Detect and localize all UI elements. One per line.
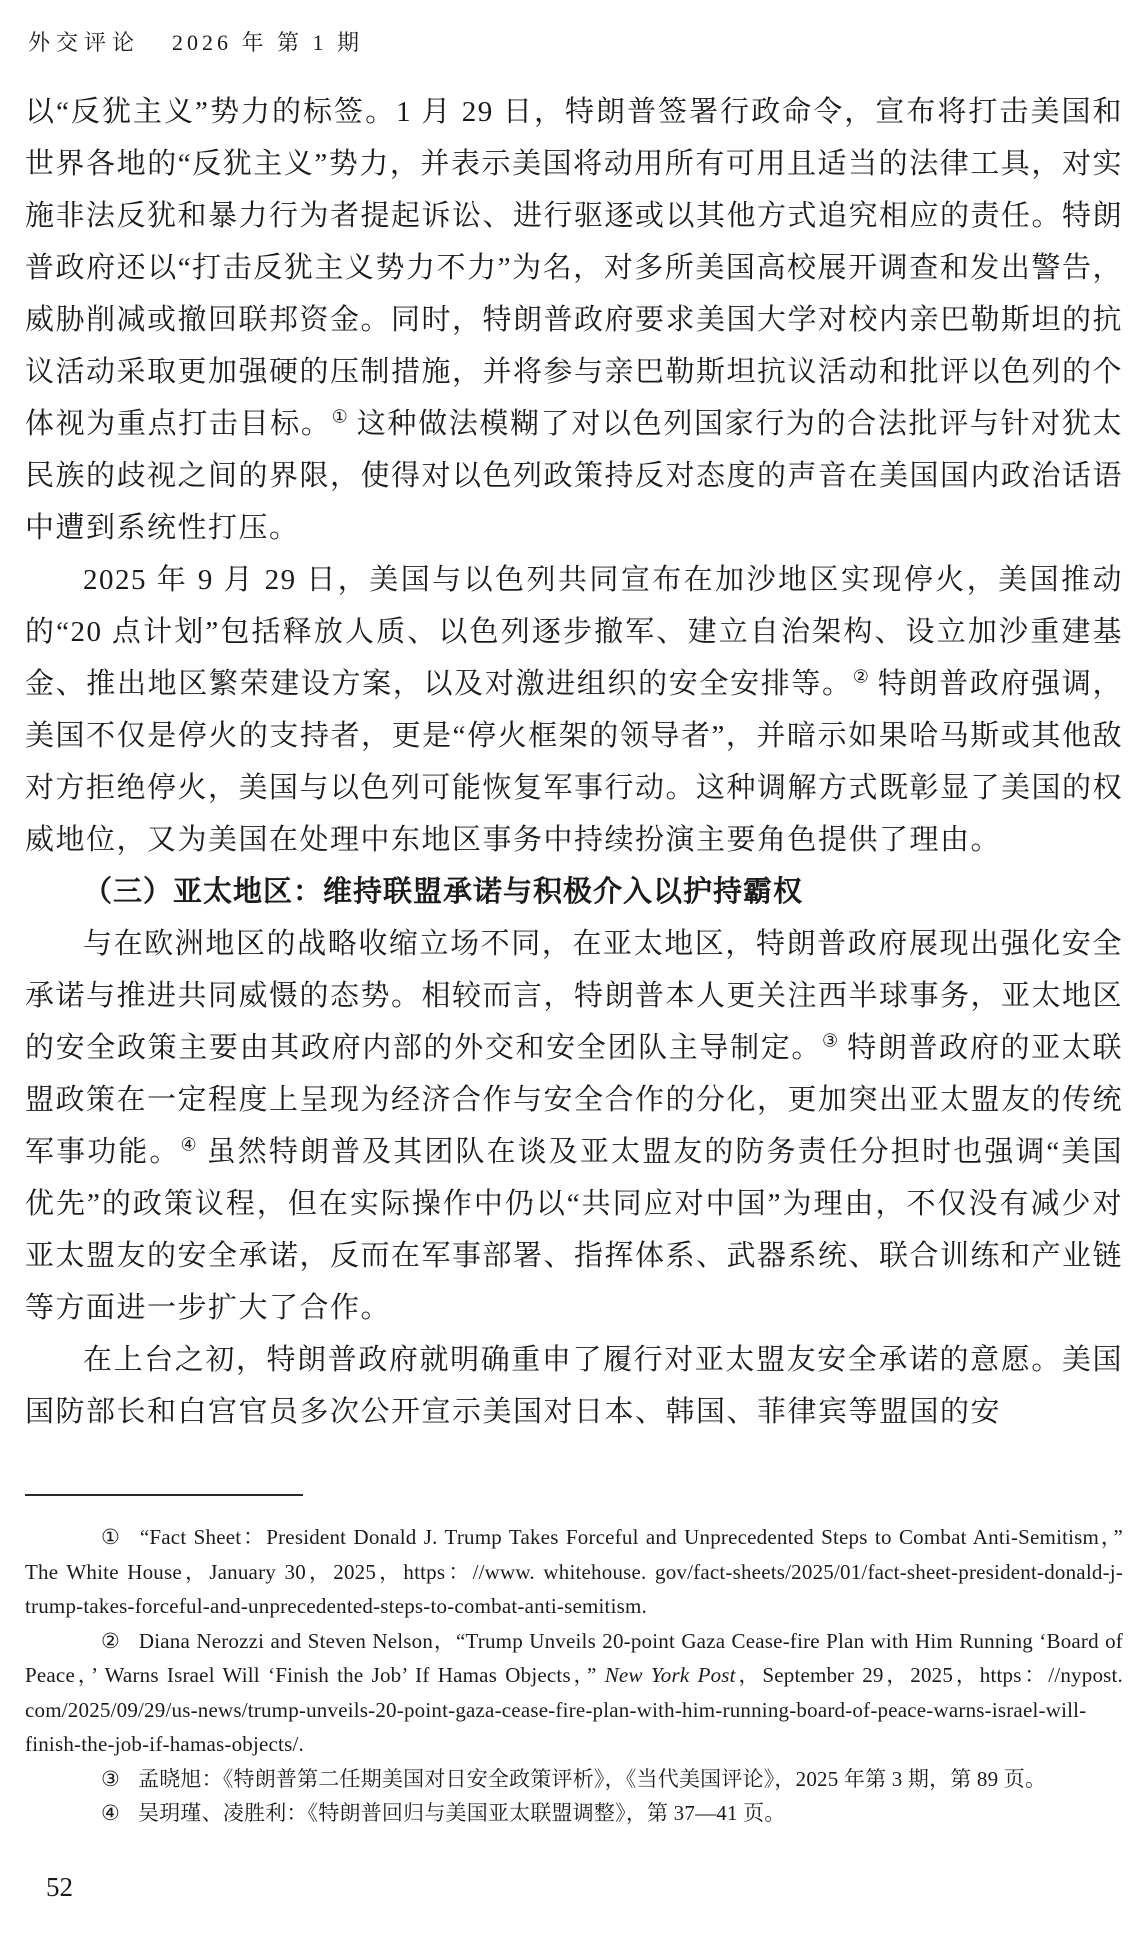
footnote-ref-2: ② xyxy=(853,666,869,686)
footnote-2: ②Diana Nerozzi and Steven Nelson，“Trump … xyxy=(25,1624,1123,1762)
footnote-1: ①“Fact Sheet：President Donald J. Trump T… xyxy=(25,1520,1123,1624)
footnote-2-source-title: New York Post xyxy=(605,1663,736,1687)
journal-name: 外交评论 xyxy=(28,30,140,55)
paragraph-2: 2025 年 9 月 29 日，美国与以色列共同宣布在加沙地区实现停火，美国推动… xyxy=(25,554,1123,866)
paragraph-3-text-cont2: 虽然特朗普及其团队在谈及亚太盟友的防务责任分担时也强调“美国优先”的政策议程，但… xyxy=(25,1136,1123,1324)
article-body: 以“反犹主义”势力的标签。1 月 29 日，特朗普签署行政命令，宣布将打击美国和… xyxy=(25,86,1123,1496)
footnote-3-text: 孟晓旭：《特朗普第二任期美国对日安全政策评析》，《当代美国评论》，2025 年第… xyxy=(138,1767,1046,1791)
journal-page: 外交评论2026 年 第 1 期 以“反犹主义”势力的标签。1 月 29 日，特… xyxy=(0,0,1147,1958)
footnote-2-marker: ② xyxy=(101,1629,121,1653)
footnote-ref-1: ① xyxy=(332,406,348,426)
paragraph-3: 与在欧洲地区的战略收缩立场不同，在亚太地区，特朗普政府展现出强化安全承诺与推进共… xyxy=(25,918,1123,1334)
footnote-4-text: 吴玥瑾、凌胜利：《特朗普回归与美国亚太联盟调整》，第 37—41 页。 xyxy=(138,1801,786,1825)
footnotes-section: ①“Fact Sheet：President Donald J. Trump T… xyxy=(25,1494,1123,1831)
running-header: 外交评论2026 年 第 1 期 xyxy=(28,26,363,57)
issue-info: 2026 年 第 1 期 xyxy=(172,30,363,55)
footnote-4-marker: ④ xyxy=(101,1801,120,1825)
footnote-ref-4: ④ xyxy=(181,1134,198,1154)
footnote-ref-3: ③ xyxy=(822,1030,838,1050)
footnote-divider xyxy=(25,1494,303,1496)
footnote-3-marker: ③ xyxy=(101,1767,120,1791)
paragraph-4: 在上台之初，特朗普政府就明确重申了履行对亚太盟友安全承诺的意愿。美国国防部长和白… xyxy=(25,1334,1123,1438)
page-number: 52 xyxy=(46,1872,73,1903)
section-heading: （三）亚太地区：维持联盟承诺与积极介入以护持霸权 xyxy=(25,866,1123,918)
paragraph-1: 以“反犹主义”势力的标签。1 月 29 日，特朗普签署行政命令，宣布将打击美国和… xyxy=(25,86,1123,554)
footnote-4: ④吴玥瑾、凌胜利：《特朗普回归与美国亚太联盟调整》，第 37—41 页。 xyxy=(25,1796,1123,1831)
paragraph-1-text: 以“反犹主义”势力的标签。1 月 29 日，特朗普签署行政命令，宣布将打击美国和… xyxy=(25,96,1123,440)
footnote-1-marker: ① xyxy=(101,1525,122,1549)
paragraph-4-text: 在上台之初，特朗普政府就明确重申了履行对亚太盟友安全承诺的意愿。美国国防部长和白… xyxy=(25,1344,1123,1428)
footnote-3: ③孟晓旭：《特朗普第二任期美国对日安全政策评析》，《当代美国评论》，2025 年… xyxy=(25,1762,1123,1797)
footnote-1-text: “Fact Sheet：President Donald J. Trump Ta… xyxy=(25,1525,1123,1618)
